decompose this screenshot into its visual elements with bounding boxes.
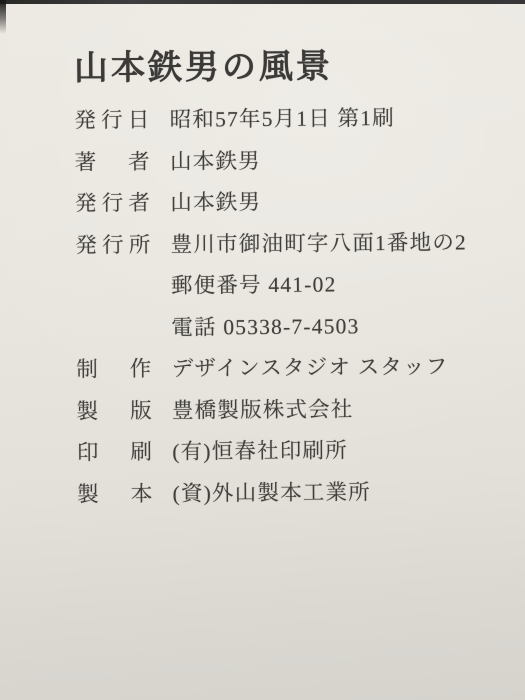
row-value: (有)恒春社印刷所 [172,435,348,466]
page-title: 山本鉄男の風景 [74,44,524,92]
row-value: 昭和57年5月1日 第1刷 [170,103,395,135]
row-value: 郵便番号 441-02 [171,269,337,300]
row-label: 印 刷 [77,437,153,468]
colophon-row-bookbinding: 製 本 (資)外山製本工業所 [77,475,525,509]
colophon-row-printing: 印 刷 (有)恒春社印刷所 [77,434,525,468]
row-label: 制 作 [76,354,152,385]
row-value: 山本鉄男 [170,187,261,218]
row-value: 電話 05338-7-4503 [171,311,359,342]
colophon-row-postal-code: 郵便番号 441-02 [75,268,525,302]
colophon-row-publisher: 発行者 山本鉄男 [75,185,525,219]
row-value: デザインスタジオ スタッフ [172,352,449,384]
row-label: 製 版 [76,395,152,426]
row-label: 製 本 [77,478,153,509]
row-label [76,312,152,313]
colophon-content: 山本鉄男の風景 発行日 昭和57年5月1日 第1刷 著 者 山本鉄男 発行者 山… [0,0,525,521]
row-value: 豊橋製版株式会社 [172,394,354,425]
photo-frame: 山本鉄男の風景 発行日 昭和57年5月1日 第1刷 著 者 山本鉄男 発行者 山… [0,0,525,700]
row-value: 豊川市御油町字八面1番地の2 [171,227,468,259]
row-label: 発行者 [75,188,151,219]
row-label: 発行日 [74,105,150,136]
row-value: 山本鉄男 [170,146,261,177]
colophon-row-phone: 電話 05338-7-4503 [76,309,525,343]
colophon-row-plate-making: 製 版 豊橋製版株式会社 [76,392,525,426]
colophon: 発行日 昭和57年5月1日 第1刷 著 者 山本鉄男 発行者 山本鉄男 発行所 … [74,102,525,509]
row-value: (資)外山製本工業所 [172,477,371,509]
row-label: 発行所 [75,229,151,260]
colophon-row-issue-date: 発行日 昭和57年5月1日 第1刷 [74,102,524,136]
colophon-row-production: 制 作 デザインスタジオ スタッフ [76,351,525,385]
row-label [75,271,151,272]
row-label: 著 者 [75,146,151,177]
colophon-row-publishing-office: 発行所 豊川市御油町字八面1番地の2 [75,226,525,260]
colophon-row-author: 著 者 山本鉄男 [75,143,525,177]
